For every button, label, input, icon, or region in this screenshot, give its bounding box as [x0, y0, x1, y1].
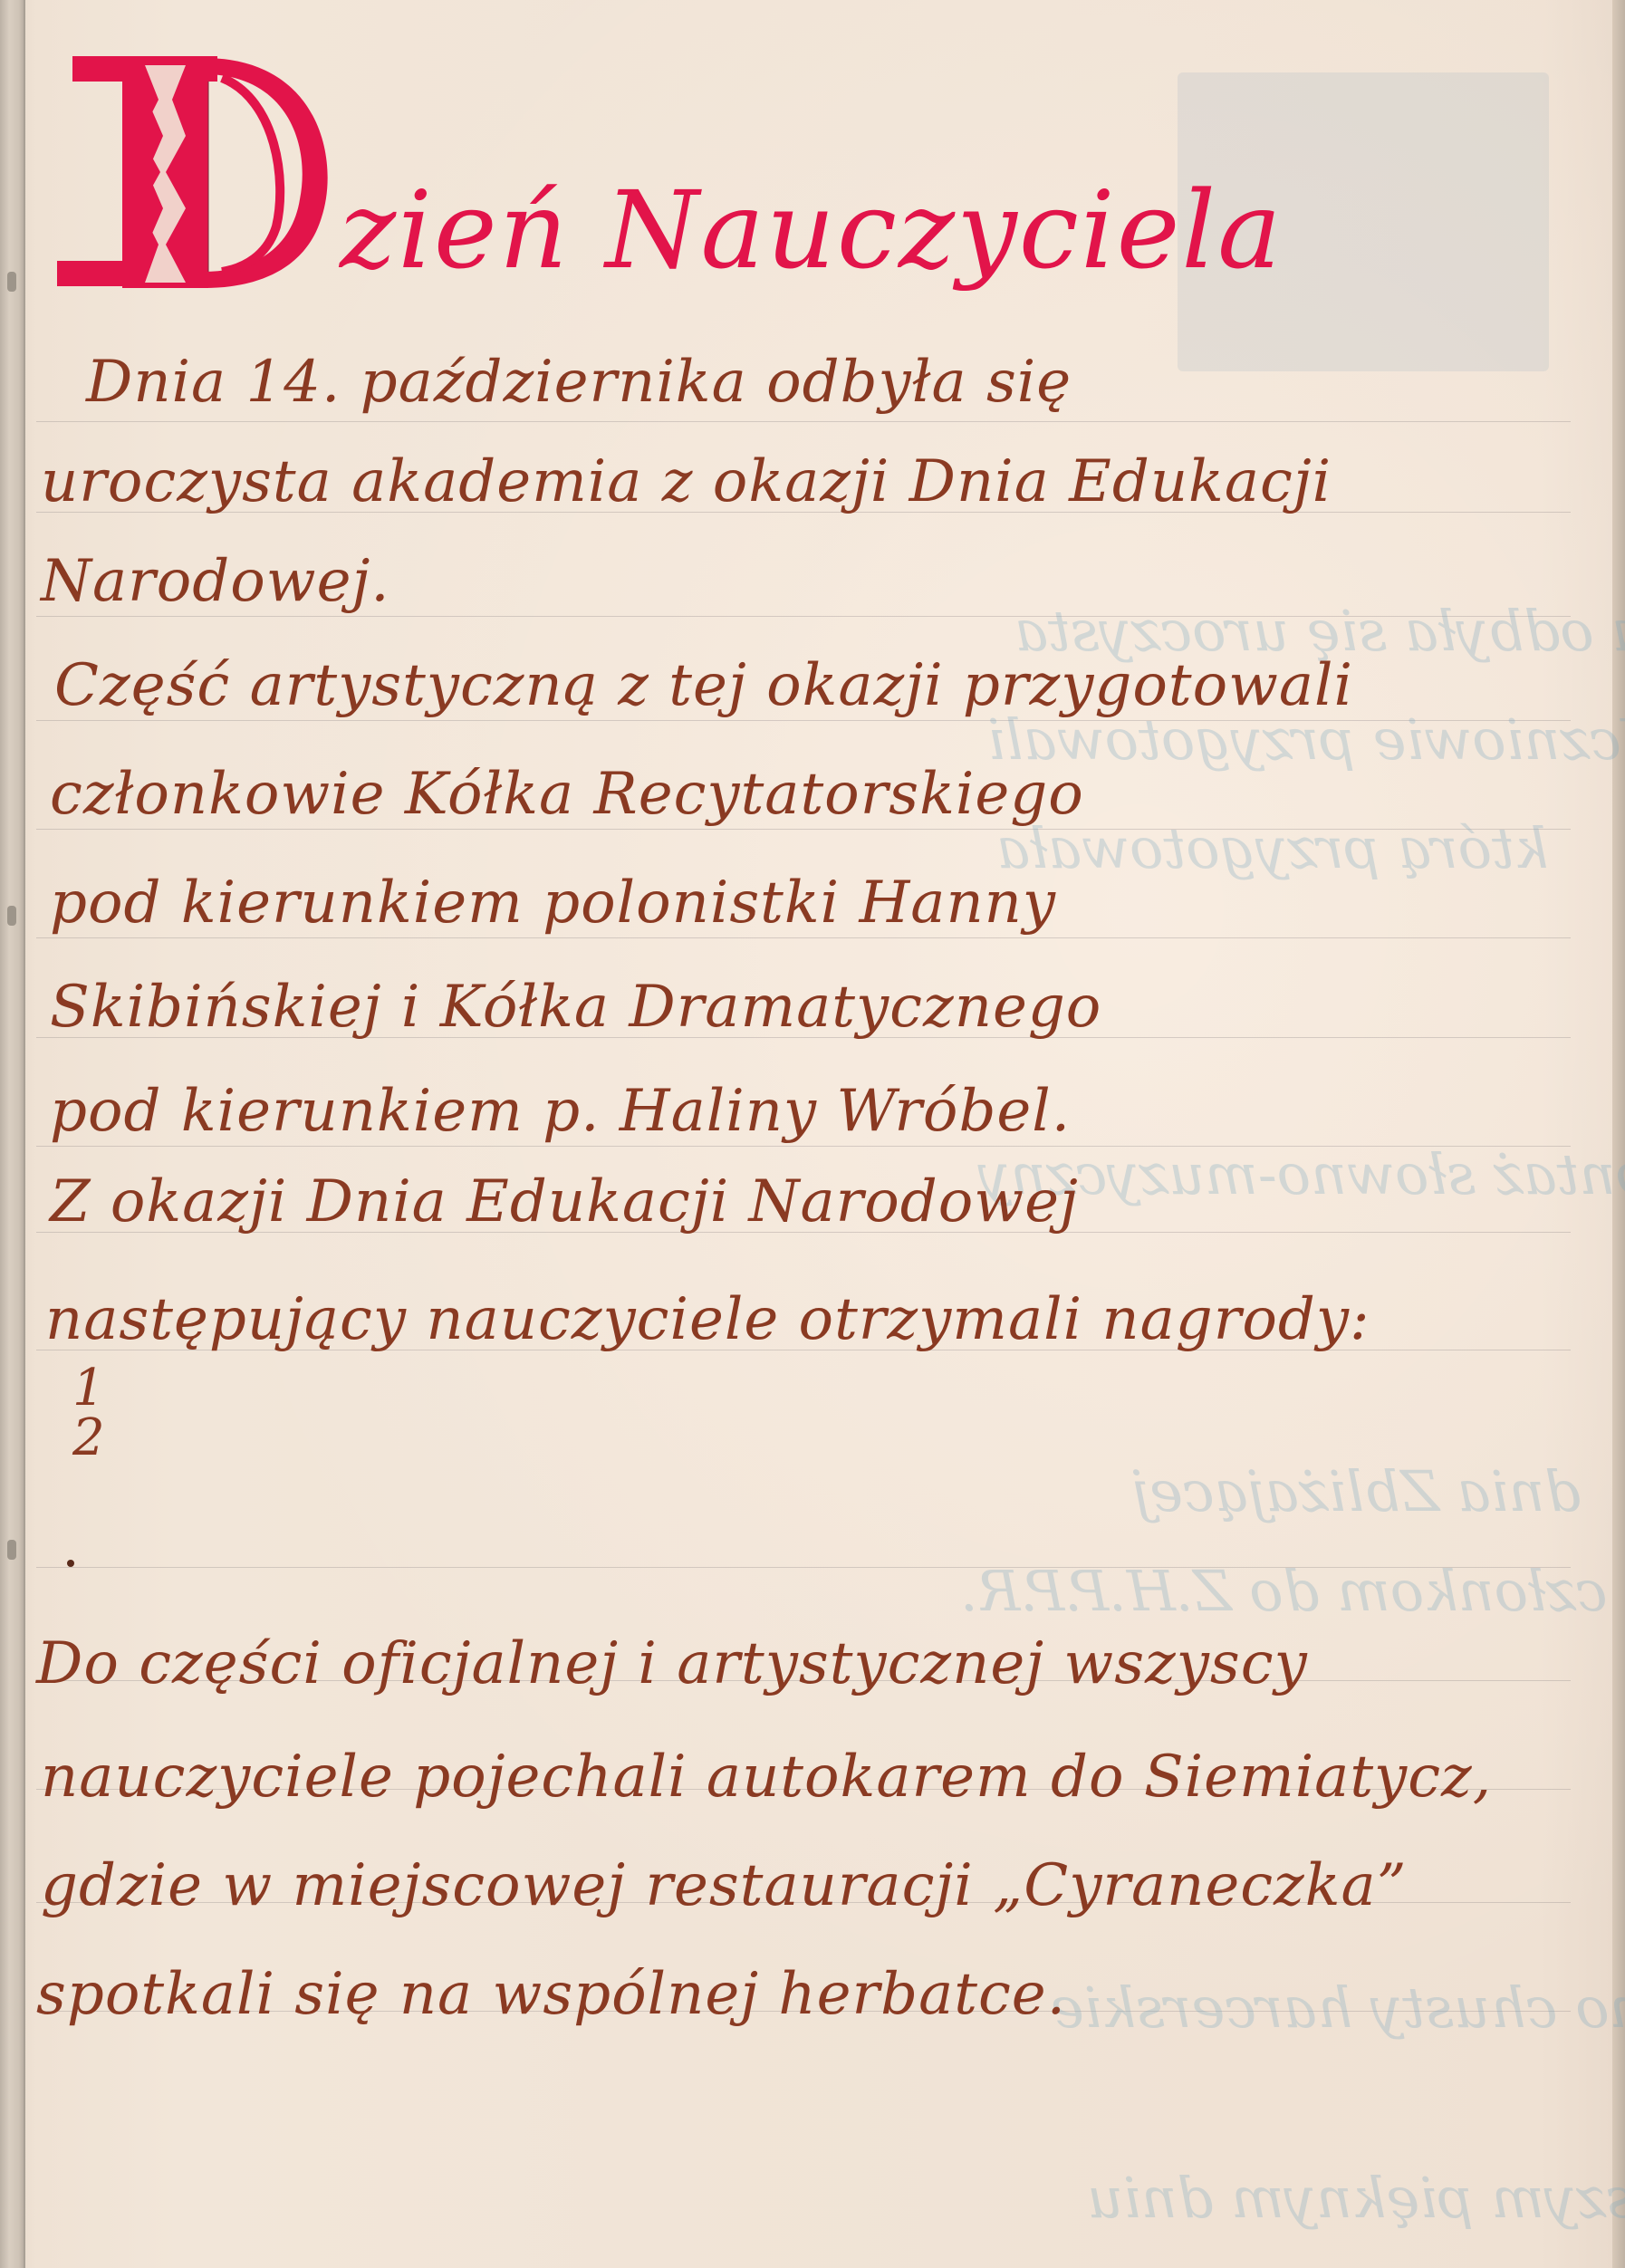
page-edge [1612, 0, 1625, 2268]
bleed-through-text: w dzisiejszym pięknym dniu [1087, 2165, 1625, 2231]
notebook-page: 7 listopada odbyła się uroczysta Uczniow… [0, 0, 1625, 2268]
list-marker: 2 [72, 1408, 105, 1467]
title-text: zień Nauczyciela [340, 168, 1284, 293]
binding-stitch [7, 906, 16, 926]
body-line: Narodowej. [41, 548, 390, 615]
page-title: zień Nauczyciela [50, 45, 1318, 317]
closing-line: Do części oficjalnej i artystycznej wszy… [36, 1630, 1308, 1697]
bleed-through-text: wręczono chusty harcerskie [1051, 1975, 1625, 2041]
body-line: Z okazji Dnia Edukacji Narodowej [50, 1168, 1079, 1235]
body-line: członkowie Kółka Recytatorskiego [50, 761, 1084, 828]
body-line: następujący nauczyciele otrzymali nagrod… [45, 1286, 1370, 1353]
binding-stitch [7, 1540, 16, 1560]
body-line: Dnia 14. października odbyła się [86, 349, 1072, 416]
bleed-through-text: dnia Zbliżającej [1132, 1458, 1581, 1524]
list-marker-dot [67, 1560, 74, 1567]
body-line: Część artystyczną z tej okazji przygotow… [54, 652, 1353, 719]
body-line: pod kierunkiem polonistki Hanny [50, 870, 1056, 937]
closing-line: nauczyciele pojechali autokarem do Siemi… [41, 1744, 1492, 1811]
body-line: pod kierunkiem p. Haliny Wróbel. [50, 1078, 1071, 1145]
page-binding [0, 0, 25, 2268]
closing-line: spotkali się na wspólnej herbatce. [36, 1961, 1066, 2028]
body-line: uroczysta akademia z okazji Dnia Edukacj… [41, 448, 1332, 515]
ruled-line [36, 937, 1571, 938]
decorated-drop-cap-icon [50, 45, 349, 299]
binding-stitch [7, 272, 16, 292]
bleed-through-text: Nowo przyjętym członkom do Z.H.P.P.R. [960, 1558, 1625, 1624]
body-line: Skibińskiej i Kółka Dramatycznego [50, 974, 1101, 1041]
closing-line: gdzie w miejscowej restauracji „Cyranecz… [41, 1852, 1407, 1919]
ruled-line [36, 421, 1571, 422]
